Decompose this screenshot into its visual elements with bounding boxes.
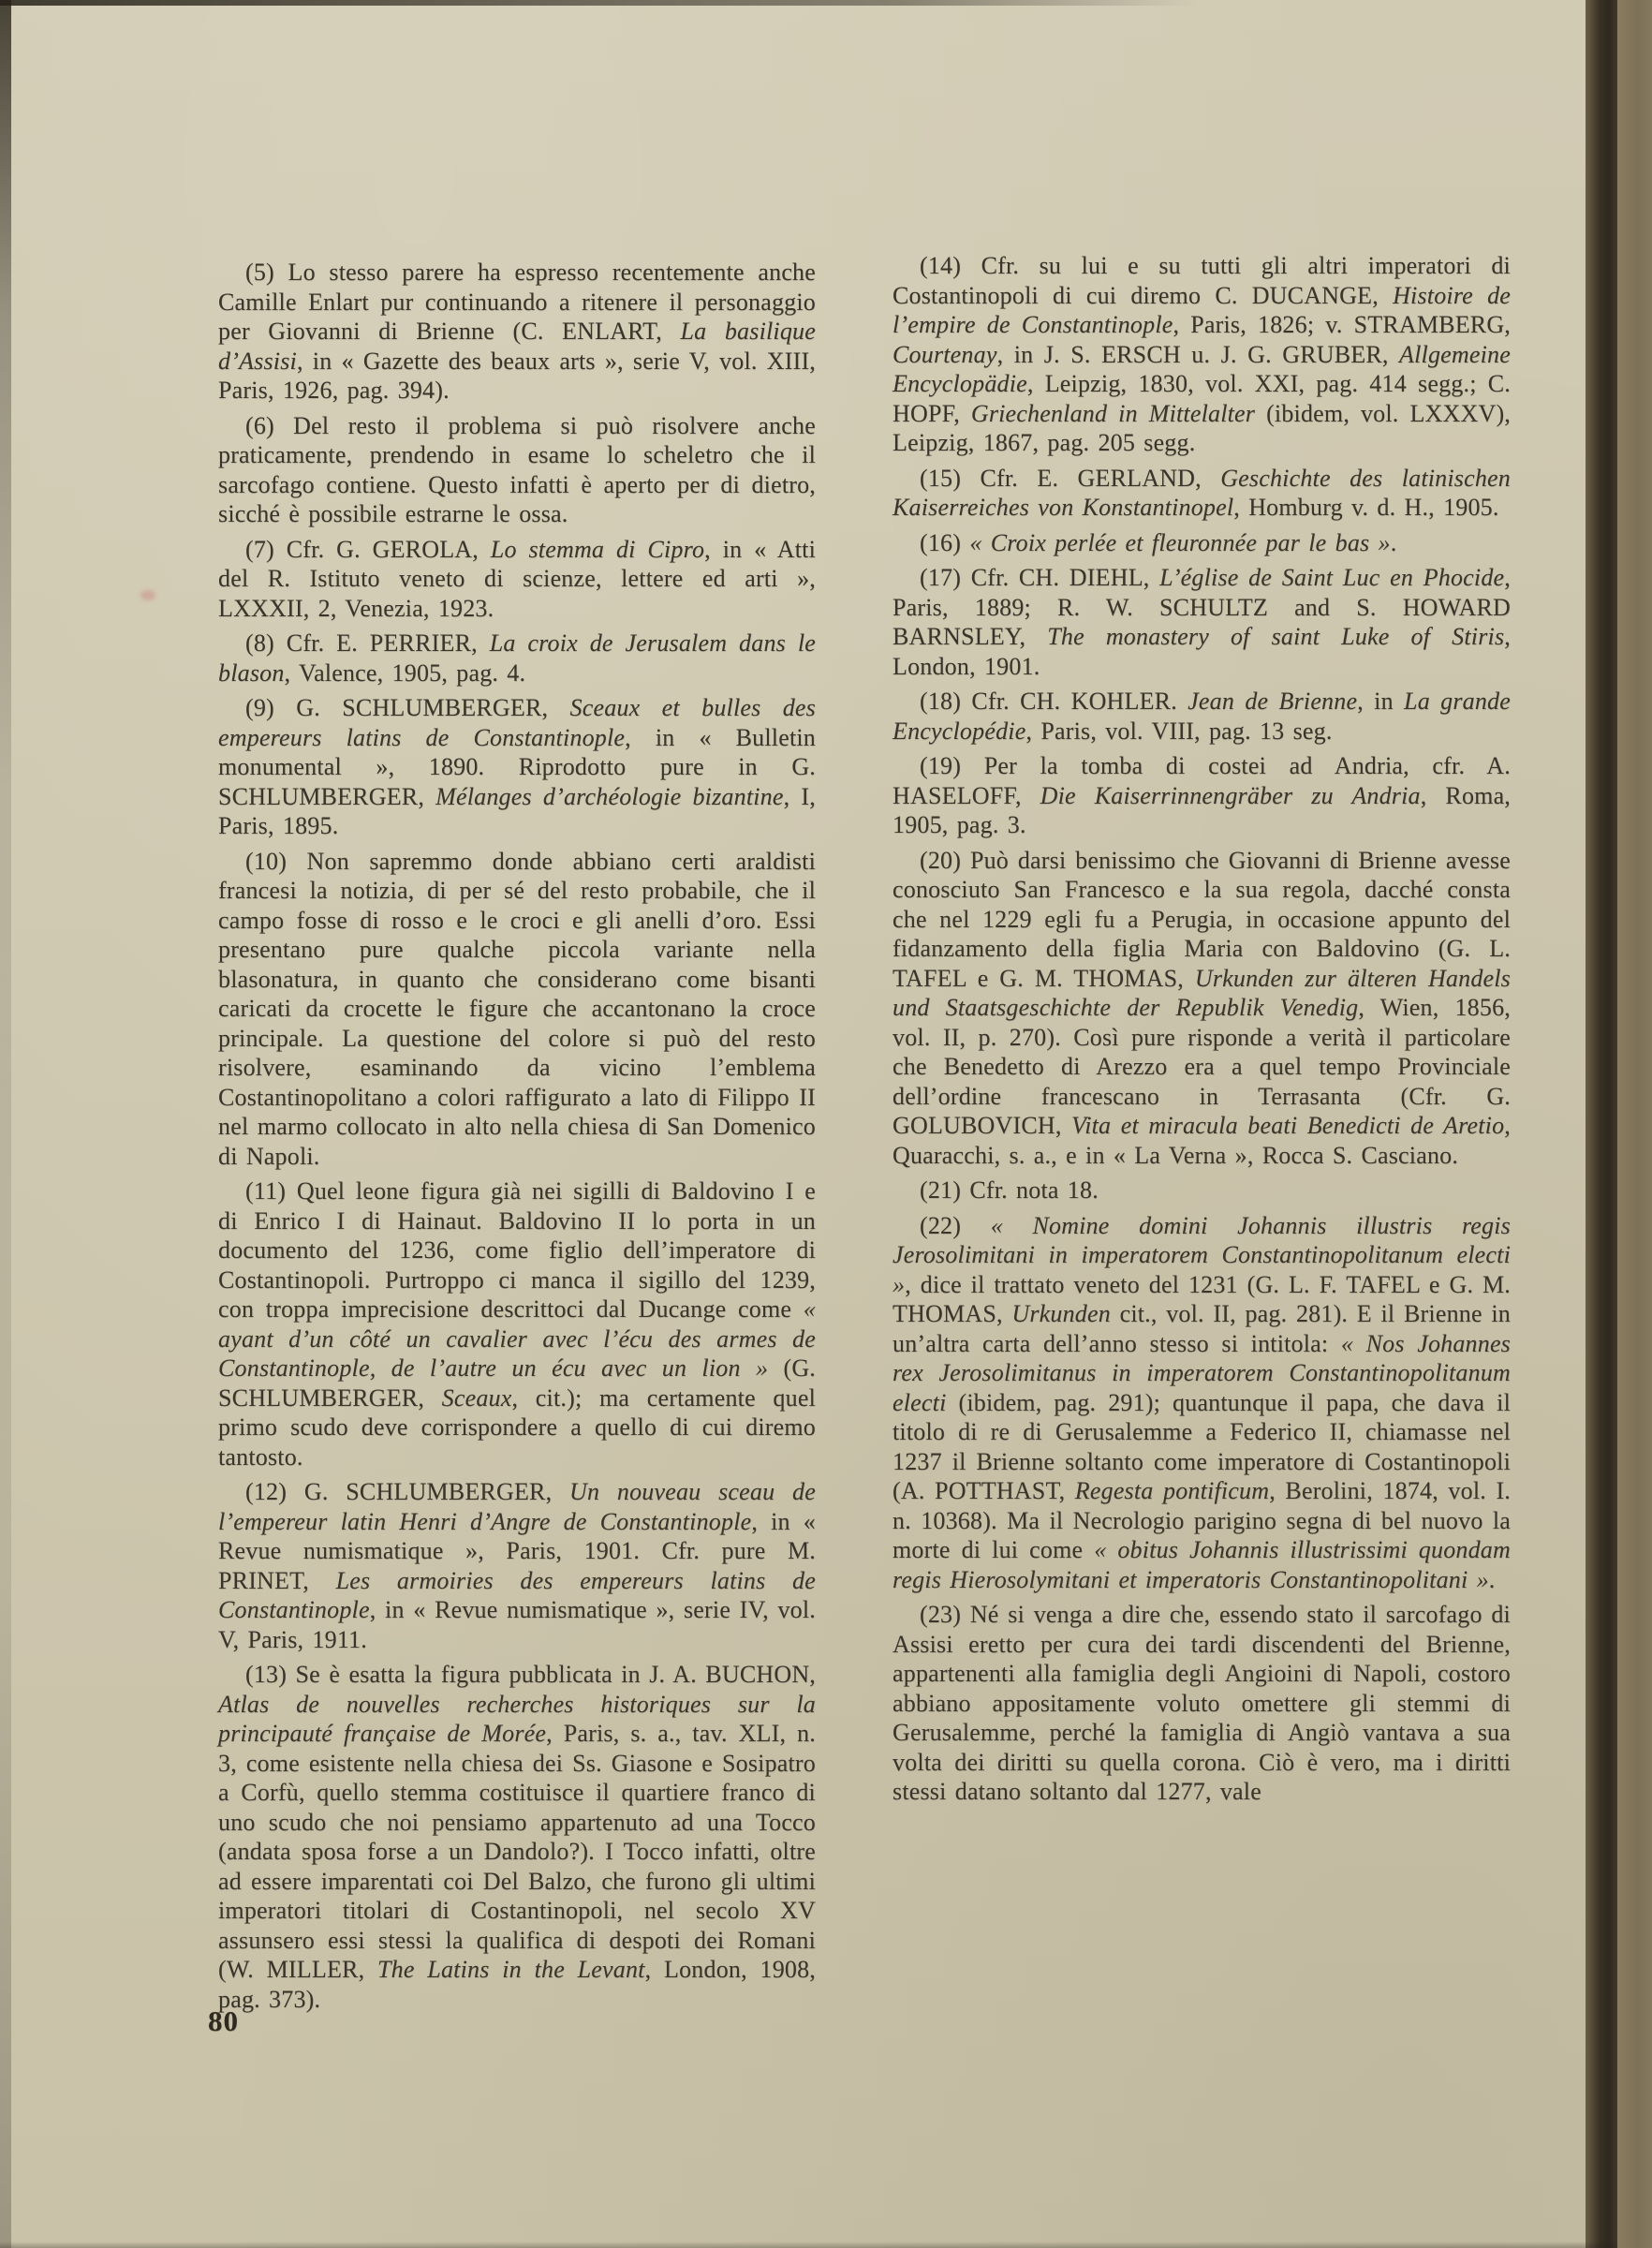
- citation-italic: Urkunden: [1011, 1300, 1111, 1327]
- footnote-19: (19) Per la tomba di costei ad Andria, c…: [892, 751, 1511, 840]
- footnote-text: .: [1391, 529, 1397, 556]
- citation-italic: « Croix perlée et fleuronnée par le bas …: [969, 529, 1390, 556]
- scan-edge-right-outer: [1617, 0, 1652, 2248]
- scan-edge-right-dark: [1586, 0, 1617, 2248]
- footnote-21: (21) Cfr. nota 18.: [892, 1176, 1511, 1205]
- citation-italic: Regesta pontificum: [1075, 1477, 1269, 1504]
- citation-italic: Jean de Brienne: [1187, 688, 1357, 715]
- footnote-text: (10) Non sapremmo donde abbiano certi ar…: [218, 848, 816, 1170]
- page-number: 80: [208, 2004, 239, 2038]
- footnote-text: , in: [1357, 688, 1404, 715]
- footnote-text: (9) G. SCHLUMBERGER,: [245, 694, 570, 721]
- citation-italic: Mélanges d’archéologie bizantine: [435, 783, 784, 810]
- scan-edge-left: [0, 0, 11, 2248]
- footnote-text: (23) Né si venga a dire che, essendo sta…: [892, 1601, 1511, 1805]
- citation-italic: Sceaux: [442, 1384, 512, 1412]
- ink-smudge: [140, 590, 155, 600]
- scan-edge-top: [0, 0, 1199, 6]
- footnote-text: , Valence, 1905, pag. 4.: [285, 659, 526, 687]
- scan-edge-bottom: [0, 2241, 1617, 2248]
- footnote-15: (15) Cfr. E. GERLAND, Geschichte des lat…: [892, 464, 1511, 523]
- footnote-20: (20) Può darsi benissimo che Giovanni di…: [892, 846, 1511, 1171]
- footnote-text: (17) Cfr. CH. DIEHL,: [920, 564, 1159, 591]
- footnotes-column-right: (14) Cfr. su lui e su tutti gli altri im…: [892, 251, 1511, 1812]
- footnote-text: (21) Cfr. nota 18.: [920, 1176, 1099, 1204]
- footnote-8: (8) Cfr. E. PERRIER, La croix de Jerusal…: [218, 629, 816, 688]
- footnote-text: .: [1489, 1566, 1496, 1593]
- footnote-text: (15) Cfr. E. GERLAND,: [920, 465, 1220, 492]
- citation-italic: The monastery of saint Luke of Stiris: [1047, 623, 1504, 650]
- footnote-5: (5) Lo stesso parere ha espresso recente…: [218, 258, 816, 406]
- citation-italic: L’église de Saint Luc en Phocide: [1159, 564, 1504, 591]
- citation-italic: Courtenay: [892, 341, 997, 368]
- footnote-23: (23) Né si venga a dire che, essendo sta…: [892, 1600, 1511, 1807]
- footnote-text: (22): [920, 1212, 991, 1239]
- footnote-text: , in J. S. ERSCH u. J. G. GRUBER,: [997, 341, 1399, 368]
- footnote-14: (14) Cfr. su lui e su tutti gli altri im…: [892, 251, 1511, 458]
- footnote-text: (12) G. SCHLUMBERGER,: [245, 1478, 569, 1505]
- footnote-9: (9) G. SCHLUMBERGER, Sceaux et bulles de…: [218, 693, 816, 841]
- footnote-text: , Paris, 1826; v. STRAMBERG,: [1173, 311, 1511, 338]
- citation-italic: Vita et miracula beati Benedicti de Aret…: [1071, 1112, 1504, 1139]
- scanned-page: (5) Lo stesso parere ha espresso recente…: [0, 0, 1652, 2248]
- footnote-text: , in « Gazette des beaux arts », serie V…: [218, 348, 816, 405]
- citation-italic: Griechenland in Mittelalter: [971, 400, 1255, 427]
- citation-italic: The Latins in the Levant: [377, 1956, 645, 1983]
- footnote-text: (11) Quel leone figura già nei sigilli d…: [218, 1177, 816, 1323]
- footnotes-column-left: (5) Lo stesso parere ha espresso recente…: [218, 258, 816, 2019]
- footnote-16: (16) « Croix perlée et fleuronnée par le…: [892, 528, 1511, 558]
- footnote-text: (18) Cfr. CH. KOHLER.: [920, 688, 1187, 715]
- footnote-17: (17) Cfr. CH. DIEHL, L’église de Saint L…: [892, 563, 1511, 681]
- citation-italic: Die Kaiserrinnengräber zu Andria: [1040, 782, 1421, 809]
- footnote-10: (10) Non sapremmo donde abbiano certi ar…: [218, 847, 816, 1172]
- footnote-12: (12) G. SCHLUMBERGER, Un nouveau sceau d…: [218, 1477, 816, 1654]
- citation-italic: Lo stemma di Cipro: [491, 536, 704, 563]
- footnote-text: (7) Cfr. G. GEROLA,: [245, 536, 491, 563]
- footnote-11: (11) Quel leone figura già nei sigilli d…: [218, 1176, 816, 1472]
- footnote-7: (7) Cfr. G. GEROLA, Lo stemma di Cipro, …: [218, 535, 816, 624]
- footnote-13: (13) Se è esatta la figura pubblicata in…: [218, 1660, 816, 2014]
- footnote-text: (13) Se è esatta la figura pubblicata in…: [245, 1661, 816, 1688]
- footnote-text: , Paris, vol. VIII, pag. 13 seg.: [1025, 717, 1332, 745]
- footnote-text: (6) Del resto il problema si può risolve…: [218, 412, 816, 528]
- footnote-6: (6) Del resto il problema si può risolve…: [218, 411, 816, 529]
- footnote-text: (16): [920, 529, 969, 556]
- footnote-text: (8) Cfr. E. PERRIER,: [245, 629, 490, 657]
- footnote-18: (18) Cfr. CH. KOHLER. Jean de Brienne, i…: [892, 687, 1511, 746]
- footnote-text: , Homburg v. d. H., 1905.: [1233, 494, 1498, 521]
- footnote-22: (22) « Nomine domini Johannis illustris …: [892, 1211, 1511, 1595]
- footnote-text: , Paris, s. a., tav. XLI, n. 3, come esi…: [218, 1720, 816, 1983]
